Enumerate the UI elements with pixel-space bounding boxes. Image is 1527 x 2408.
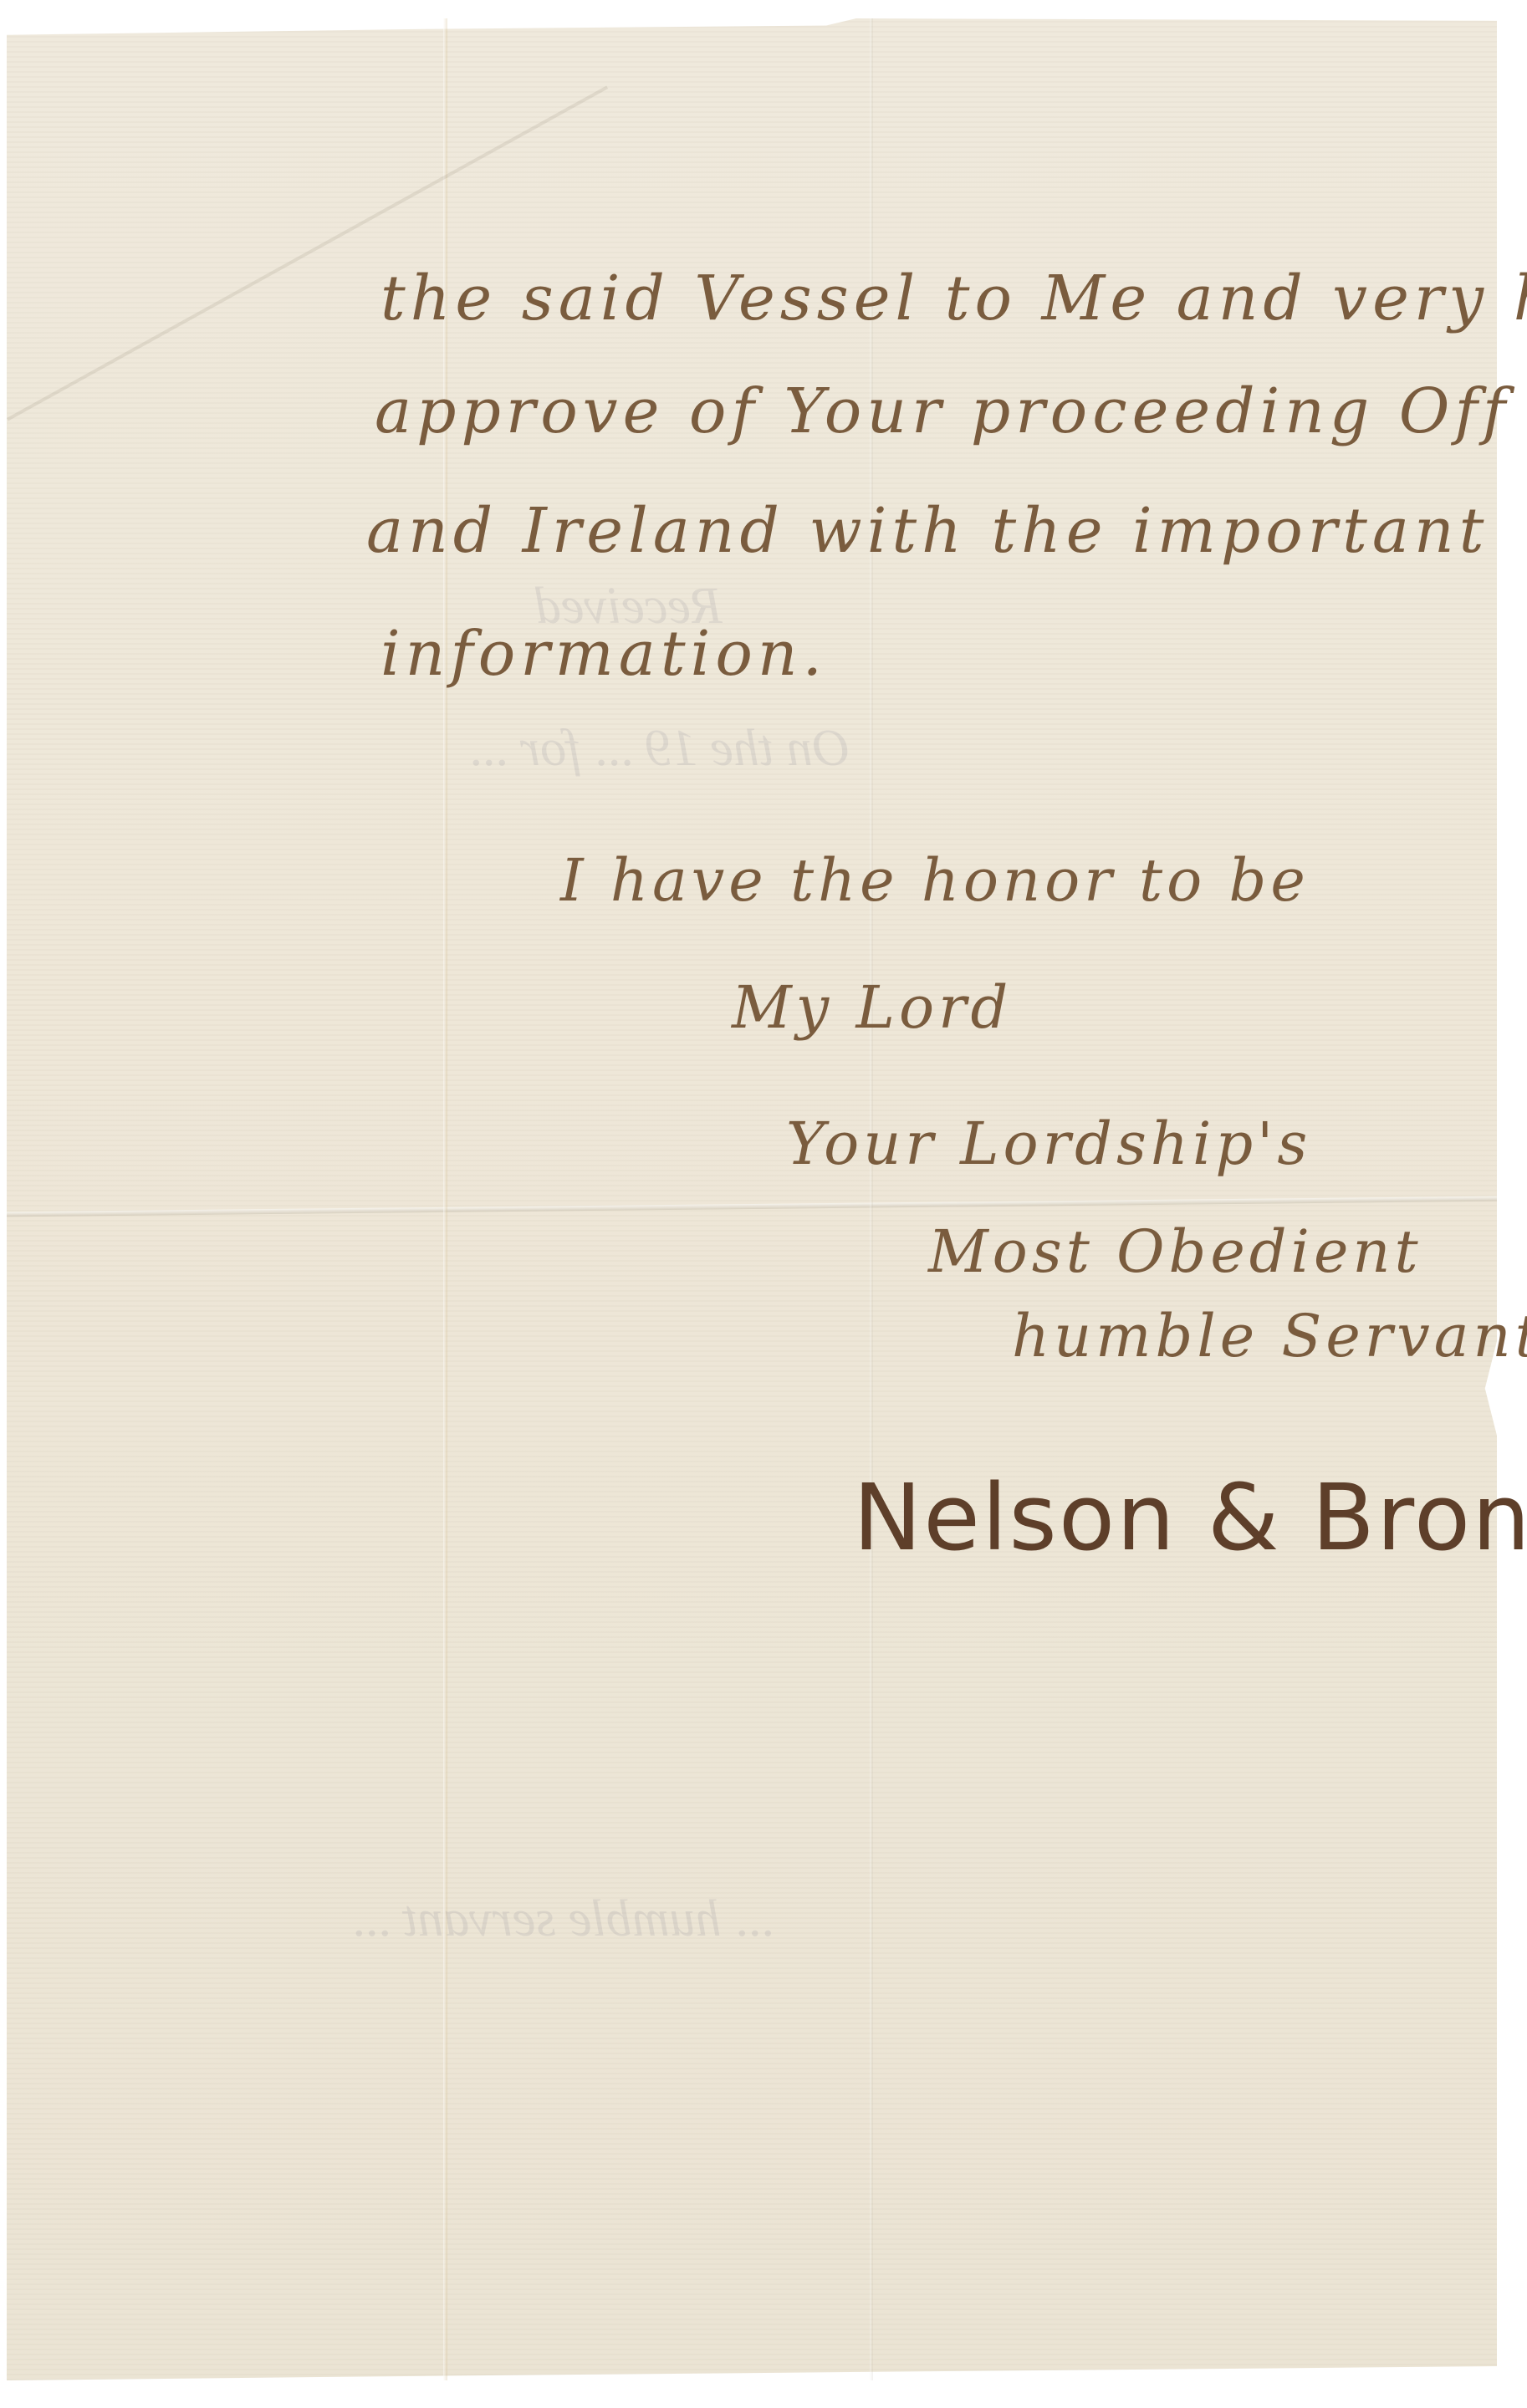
letter-body-line-3: and Ireland with the important: [366, 500, 1489, 562]
closing-your-lordships: Your Lordship's: [786, 1115, 1311, 1173]
letter-body-line-4: information.: [380, 623, 827, 685]
closing-honor-line: I have the honor to be: [560, 851, 1310, 910]
letter-paper: [7, 18, 1497, 2380]
letter-body-line-1: the said Vessel to Me and very highly: [380, 268, 1527, 329]
closing-salutation: My Lord: [732, 978, 1012, 1037]
letter-body-line-2: approve of Your proceeding Off Ushant: [375, 380, 1527, 442]
bleed-through-text: ... humble servant ...: [351, 1890, 774, 1949]
signature: Nelson & Bronte: [853, 1472, 1527, 1564]
closing-humble-servant: humble Servant: [1012, 1307, 1527, 1365]
closing-most-obedient: Most Obedient: [928, 1222, 1422, 1281]
bleed-through-text: On the 19 ... for ...: [468, 719, 850, 778]
